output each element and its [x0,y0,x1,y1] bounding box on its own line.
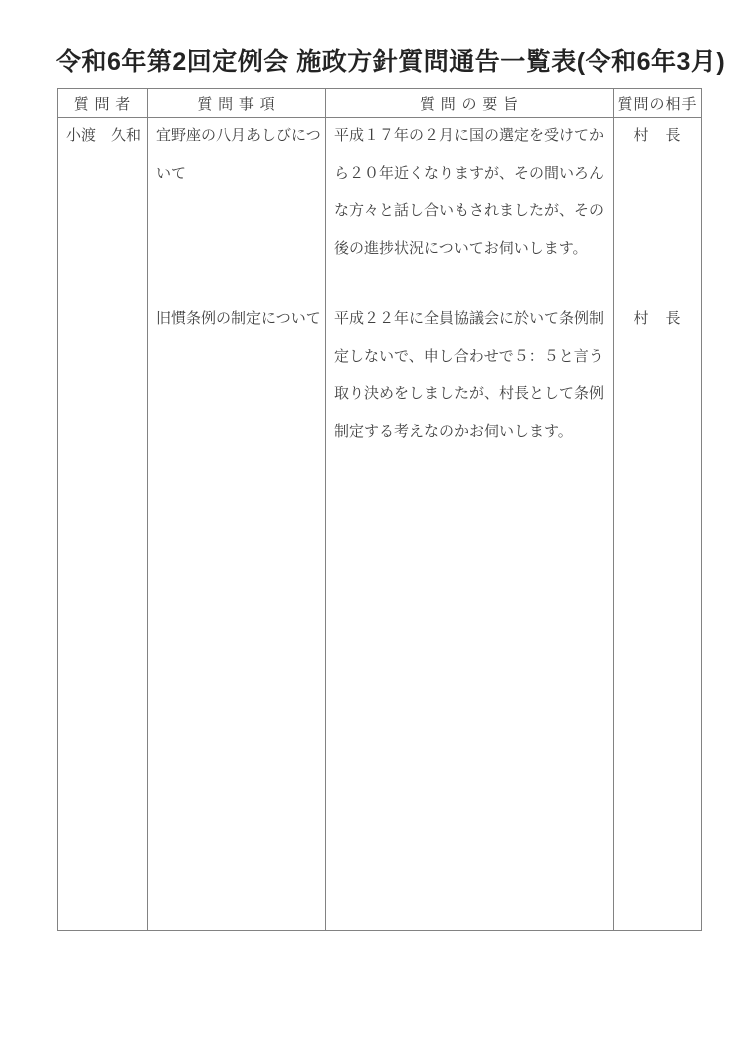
questioner-name: 小渡 久和 [66,118,145,156]
summary-item-2: 平成２２年に全員協議会に於いて条例制 定しないで、申し合わせで５：５と言う 取り… [334,301,611,451]
cell-summary: 平成１７年の２月に国の選定を受けてか ら２０年近くなりますが、その間いろん な方… [326,118,614,930]
scanned-document-page: 令和6年第2回定例会 施政方針質問通告一覧表(令和6年3月) 質 問 者 質 問… [0,0,750,1061]
cell-questioner: 小渡 久和 [58,118,148,930]
question-notice-table: 質 問 者 質 問 事 項 質 問 の 要 旨 質問の相手 小渡 久和 宜野座の… [57,88,702,931]
column-header-subject: 質 問 事 項 [148,89,326,118]
column-header-questioner: 質 問 者 [58,89,148,118]
target-item-2: 村 長 [614,301,701,339]
subject-item-2: 旧慣条例の制定について [156,301,323,339]
column-header-summary: 質 問 の 要 旨 [326,89,614,118]
target-item-1: 村 長 [614,118,701,156]
cell-subject: 宜野座の八月あしびにつ いて 旧慣条例の制定について [148,118,326,930]
column-header-target: 質問の相手 [614,89,701,118]
document-title: 令和6年第2回定例会 施政方針質問通告一覧表(令和6年3月) [56,46,725,78]
summary-item-1: 平成１７年の２月に国の選定を受けてか ら２０年近くなりますが、その間いろん な方… [334,118,611,268]
subject-item-1: 宜野座の八月あしびにつ いて [156,118,323,193]
cell-target: 村 長 村 長 [614,118,701,930]
